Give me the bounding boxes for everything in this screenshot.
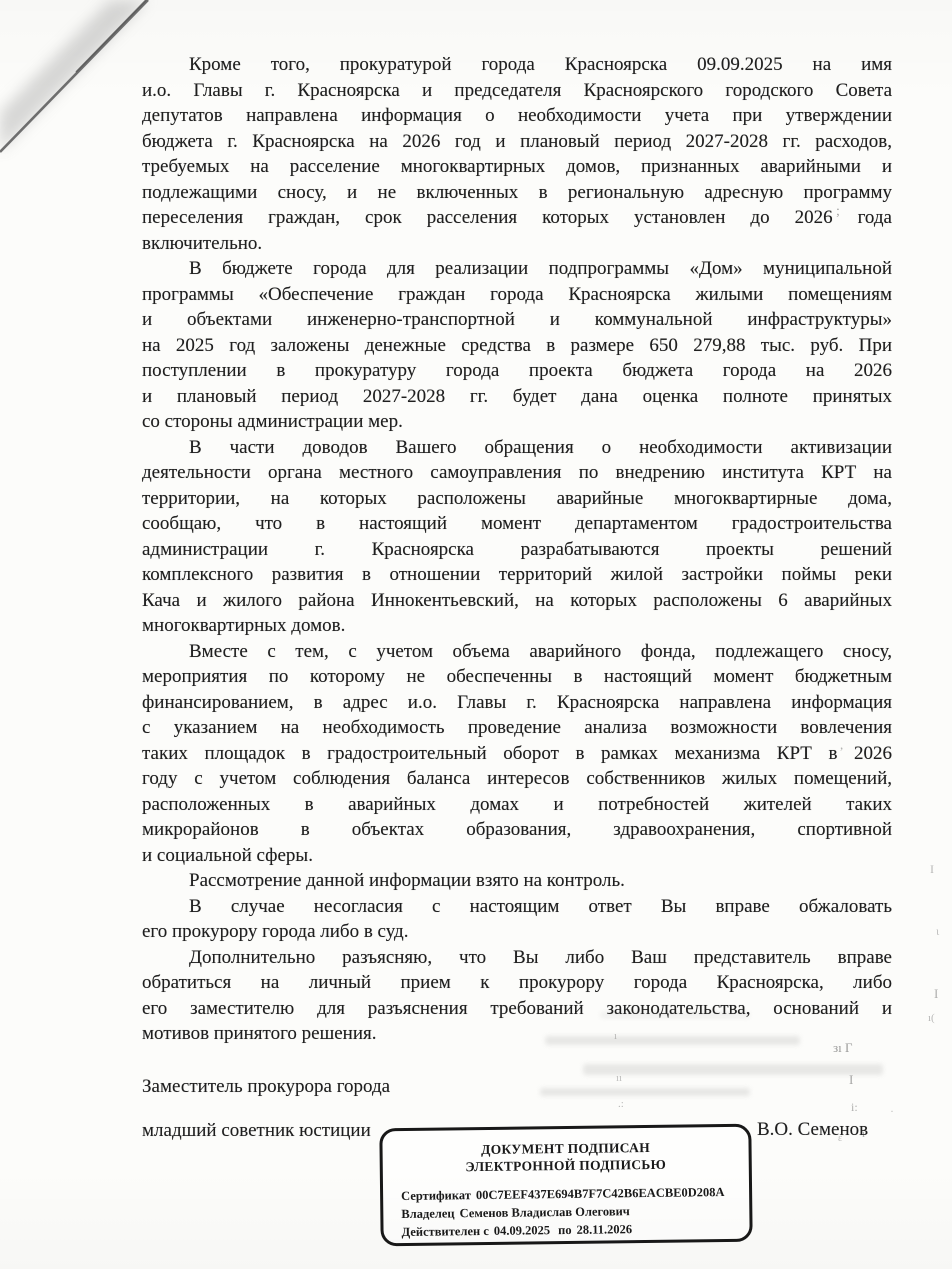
- bleed-through-artifact: [540, 1088, 750, 1096]
- letter-body: Кроме того, прокуратурой города Краснояр…: [142, 52, 892, 1047]
- electronic-signature-stamp: ДОКУМЕНТ ПОДПИСАН ЭЛЕКТРОННОЙ ПОДПИСЬЮ С…: [379, 1124, 752, 1247]
- letter-line: со стороны администрации мер.: [142, 409, 892, 435]
- letter-line: территории, на которых расположены авари…: [142, 486, 892, 512]
- letter-line: переселения граждан, срок расселения кот…: [142, 205, 892, 231]
- validity-to-date: 28.11.2026: [576, 1222, 632, 1237]
- letter-line: поступлении в прокуратуру города проекта…: [142, 358, 892, 384]
- letter-line: Вместе с тем, с учетом объема аварийного…: [142, 639, 892, 665]
- validity-separator: по: [558, 1223, 572, 1237]
- owner-value: Семенов Владислав Олегович: [460, 1204, 630, 1220]
- letter-line: Рассмотрение данной информации взято на …: [142, 868, 892, 894]
- paragraph: В случае несогласия с настоящим ответ Вы…: [142, 894, 892, 945]
- letter-line: администрации г. Красноярска разрабатыва…: [142, 537, 892, 563]
- scan-artifact: I: [930, 862, 934, 877]
- letter-line: многоквартирных домов.: [142, 613, 892, 639]
- letter-line: комплексного развития в отношении террит…: [142, 562, 892, 588]
- validity-from-date: 04.09.2025: [494, 1223, 550, 1238]
- letter-line: и социальной сферы.: [142, 843, 892, 869]
- letter-line: и объектами инженерно-транспортной и ком…: [142, 307, 892, 333]
- letter-line: В бюджете города для реализации подпрогр…: [142, 256, 892, 282]
- scan-artifact: .:: [618, 1098, 624, 1110]
- paragraph: Дополнительно разъясняю, что Вы либо Ваш…: [142, 945, 892, 1047]
- paragraph: Вместе с тем, с учетом объема аварийного…: [142, 639, 892, 869]
- letter-line: депутатов направлена информация о необхо…: [142, 103, 892, 129]
- letter-line: обратиться на личный прием к прокурору г…: [142, 970, 892, 996]
- letter-line: его заместителю для разъяснения требован…: [142, 996, 892, 1022]
- owner-label: Владелец: [401, 1206, 454, 1221]
- scan-artifact: І: [849, 1072, 853, 1088]
- letter-line: мероприятия по которому не обеспеченны в…: [142, 664, 892, 690]
- stamp-validity-row: Действителен с04.09.2025по28.11.2026: [401, 1219, 749, 1241]
- scanned-letter-page: Кроме того, прокуратурой города Краснояр…: [0, 0, 952, 1269]
- letter-line: году с учетом соблюдения баланса интерес…: [142, 766, 892, 792]
- signatory-name: В.О. Семенов: [757, 1119, 868, 1141]
- scan-artifact: і:: [851, 1100, 858, 1115]
- letter-line: требуемых на расселение многоквартирных …: [142, 154, 892, 180]
- bleed-through-artifact: [583, 1064, 883, 1075]
- letter-line: программы «Обеспечение граждан города Кр…: [142, 282, 892, 308]
- letter-line: включительно.: [142, 231, 892, 257]
- paragraph: Кроме того, прокуратурой города Краснояр…: [142, 52, 892, 256]
- letter-line: В части доводов Вашего обращения о необх…: [142, 435, 892, 461]
- scan-artifact: ·: [890, 1104, 894, 1119]
- paragraph: Рассмотрение данной информации взято на …: [142, 868, 892, 894]
- paragraph: В части доводов Вашего обращения о необх…: [142, 435, 892, 639]
- letter-line: и.о. Главы г. Красноярска и председателя…: [142, 78, 892, 104]
- letter-line: финансированием, в адрес и.о. Главы г. К…: [142, 690, 892, 716]
- letter-line: на 2025 год заложены денежные средства в…: [142, 333, 892, 359]
- letter-line: расположенных в аварийных домах и потреб…: [142, 792, 892, 818]
- letter-line: сообщаю, что в настоящий момент департам…: [142, 511, 892, 537]
- signatory-position-line1: Заместитель прокурора города: [142, 1076, 390, 1098]
- letter-line: бюджета г. Красноярска на 2026 год и пла…: [142, 129, 892, 155]
- letter-line: микрорайонов в объектах образования, здр…: [142, 817, 892, 843]
- scan-artifact: ı(: [928, 1012, 935, 1024]
- letter-line: подлежащими сносу, и не включенных в рег…: [142, 180, 892, 206]
- paragraph: В бюджете города для реализации подпрогр…: [142, 256, 892, 435]
- letter-line: Кроме того, прокуратурой города Краснояр…: [142, 52, 892, 78]
- validity-label: Действителен с: [401, 1224, 488, 1239]
- letter-line: с указанием на необходимость проведение …: [142, 715, 892, 741]
- letter-line: Дополнительно разъясняю, что Вы либо Ваш…: [142, 945, 892, 971]
- letter-line: таких площадок в градостроительный оборо…: [142, 741, 892, 767]
- stamp-details: Сертификат00C7EEF437E694B7F7C42B6EACBE0D…: [383, 1183, 750, 1241]
- letter-line: Кача и жилого района Иннокентьевский, на…: [142, 588, 892, 614]
- letter-line: мотивов принятого решения.: [142, 1021, 892, 1047]
- certificate-label: Сертификат: [401, 1188, 471, 1203]
- letter-line: В случае несогласия с настоящим ответ Вы…: [142, 894, 892, 920]
- stamp-title-line2: ЭЛЕКТРОННОЙ ПОДПИСЬЮ: [383, 1155, 749, 1176]
- scan-artifact: ι: [936, 924, 939, 939]
- signatory-position-line2: младший советник юстиции: [142, 1120, 371, 1142]
- letter-line: его прокурору города либо в суд.: [142, 919, 892, 945]
- letter-line: и плановый период 2027-2028 гг. будет да…: [142, 384, 892, 410]
- certificate-value: 00C7EEF437E694B7F7C42B6EACBE0D208A: [476, 1185, 725, 1202]
- scan-artifact: I: [934, 986, 938, 1002]
- letter-line: деятельности органа местного самоуправле…: [142, 460, 892, 486]
- stamp-title: ДОКУМЕНТ ПОДПИСАН ЭЛЕКТРОННОЙ ПОДПИСЬЮ: [382, 1138, 748, 1176]
- scan-artifact: ıı: [616, 1072, 622, 1084]
